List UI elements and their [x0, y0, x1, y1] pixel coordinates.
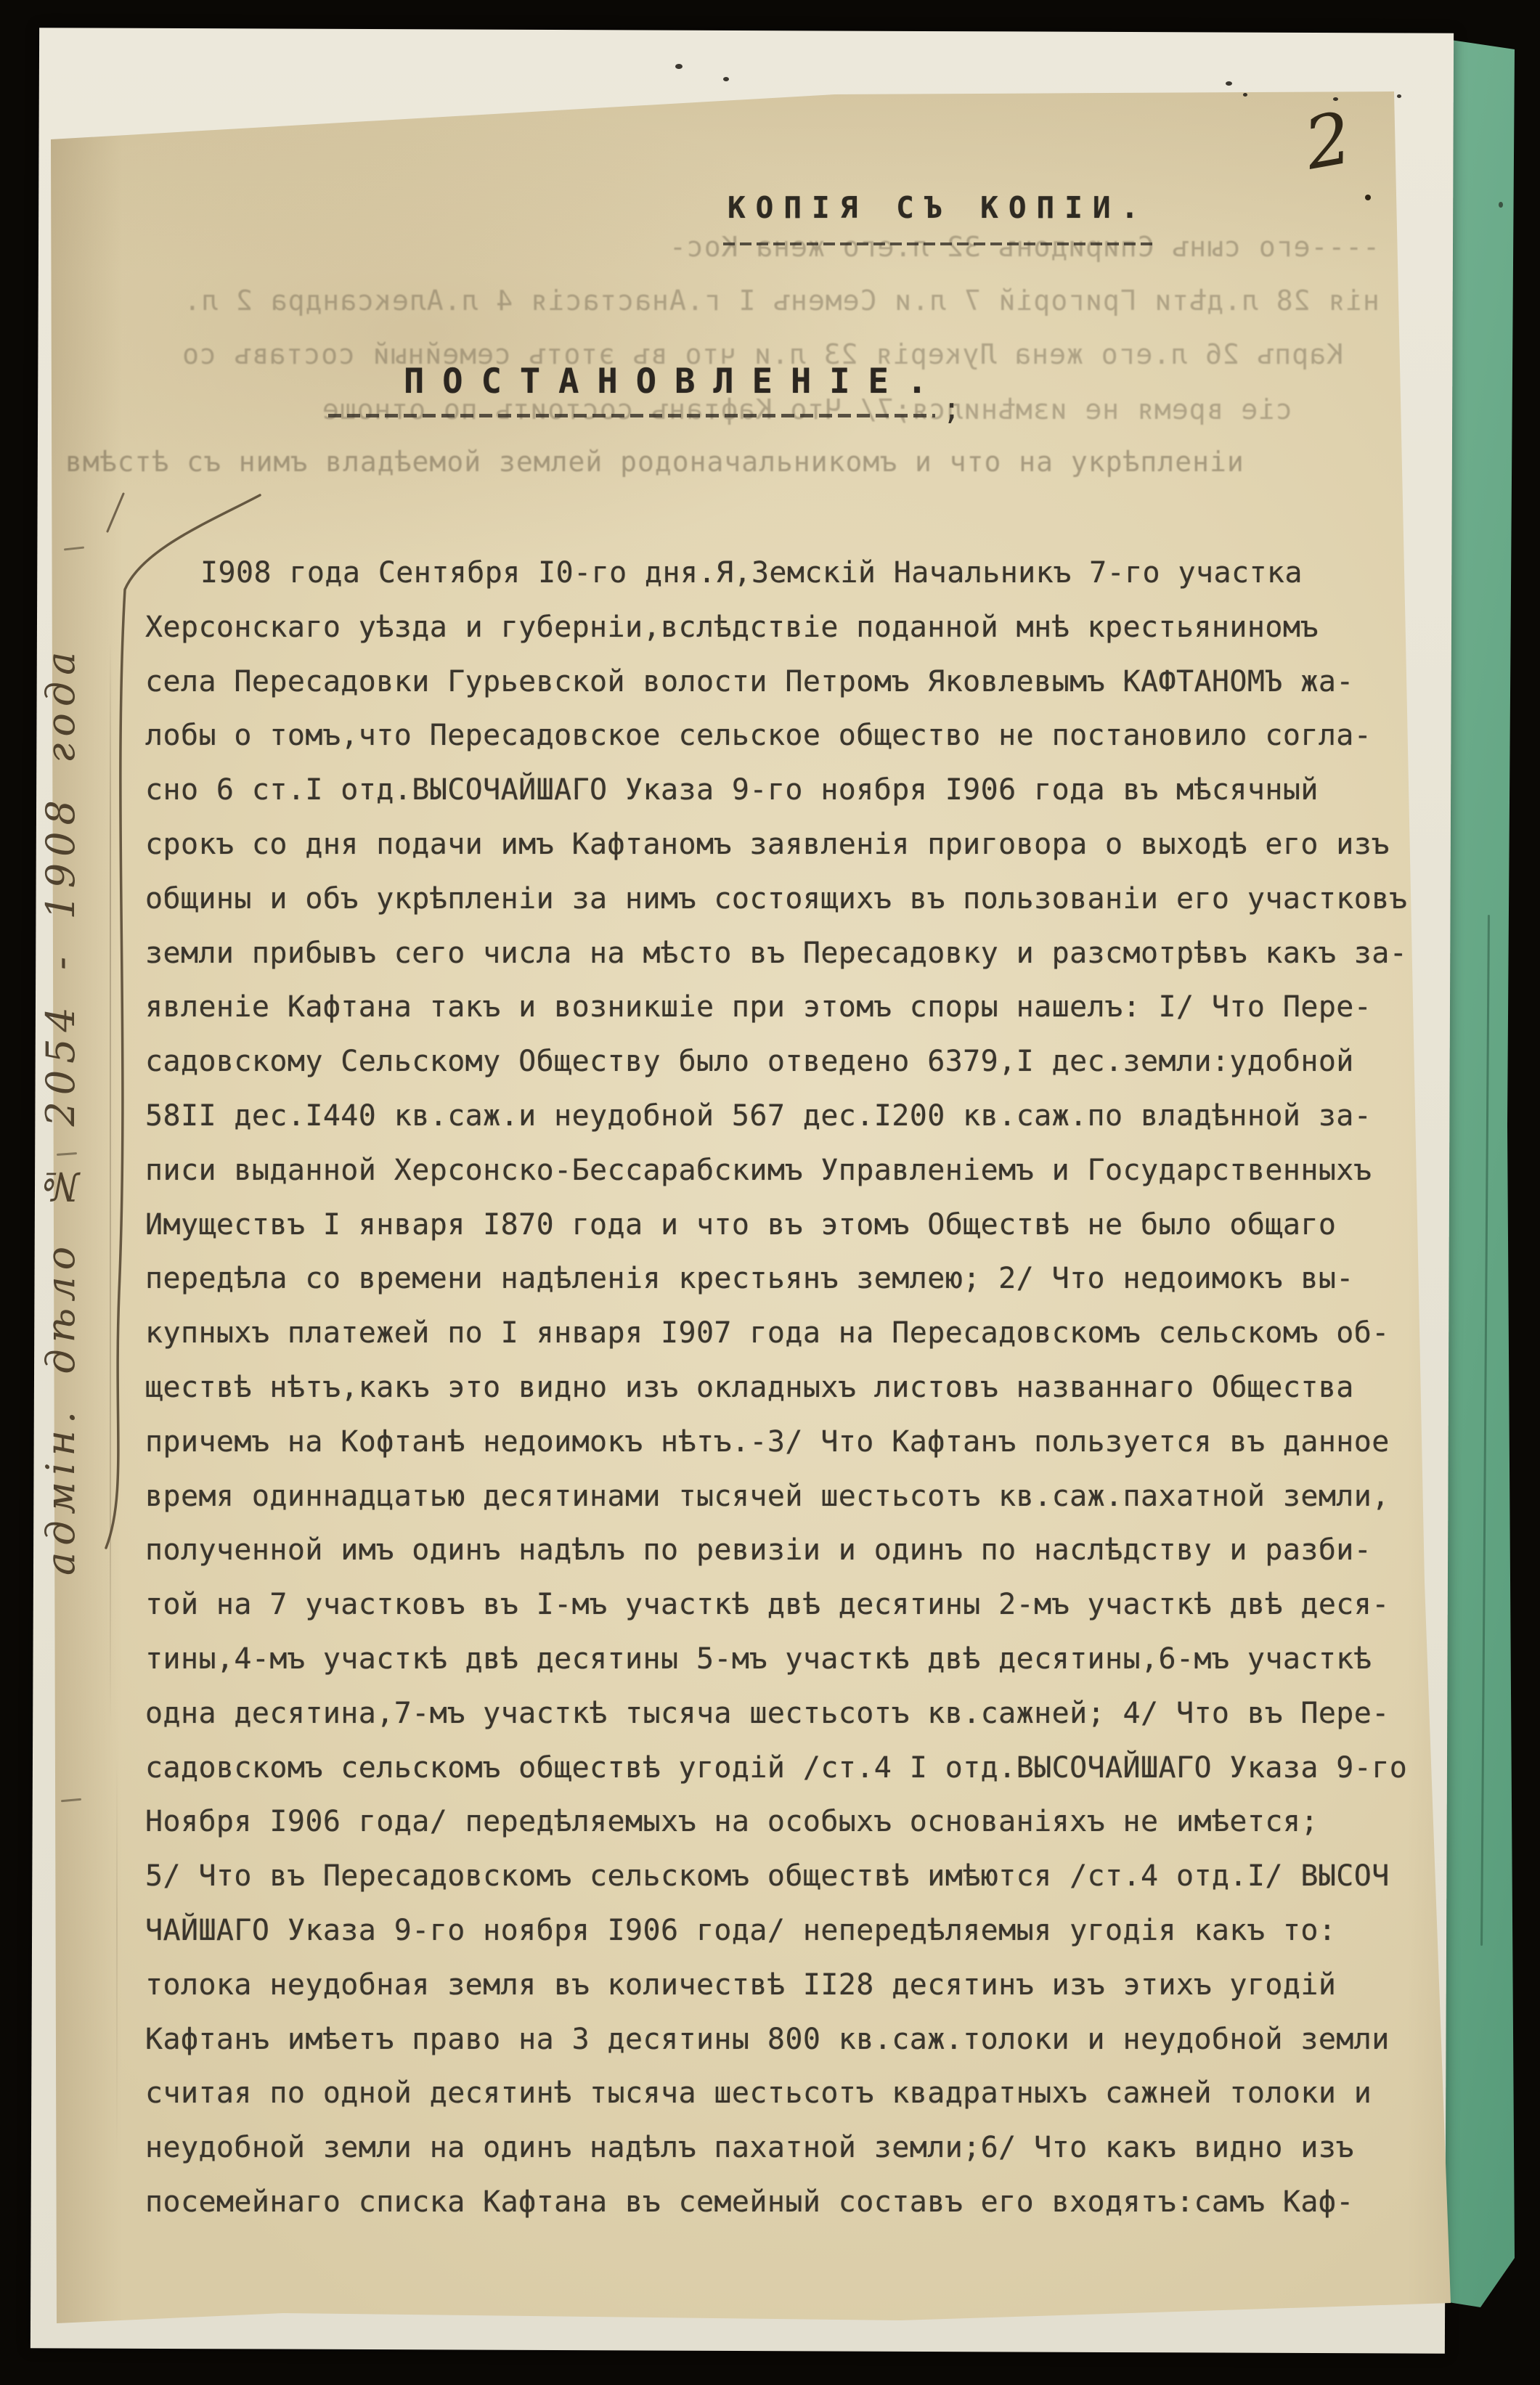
body-line-15: купныхъ платежей по I января I907 года н…	[145, 1306, 1401, 1361]
dirt-speck	[1226, 81, 1232, 86]
body-line-19: полученной имъ одинъ надѣлъ по ревизіи и…	[145, 1523, 1401, 1578]
paper-crease	[110, 639, 111, 1728]
body-line-20: той на 7 участковъ въ I-мъ участкѣ двѣ д…	[145, 1578, 1401, 1632]
title-dashed-underline	[723, 242, 1153, 245]
document-scan: ----его сынъ Спиридонъ 32 л.его жена Кос…	[0, 0, 1540, 2385]
body-line-5: сно 6 ст.I отд.ВЫСОЧАЙШАГО Указа 9-го но…	[145, 763, 1401, 818]
body-line-31: посемейнаго списка Кафтана въ семейный с…	[145, 2175, 1401, 2230]
body-line-24: Ноября I906 года/ передѣляемыхъ на особы…	[145, 1795, 1401, 1849]
heading-punctuation-mark: ;	[942, 391, 961, 426]
margin-bracket-line	[73, 479, 276, 1583]
body-line-17: причемъ на Кофтанѣ недоимокъ нѣтъ.-3/ Чт…	[145, 1415, 1401, 1469]
body-line-7: общины и объ укрѣпленіи за нимъ состоящи…	[145, 872, 1401, 926]
dirt-speck	[1333, 97, 1338, 101]
body-line-9: явленіе Кафтана такъ и возникшіе при это…	[145, 980, 1401, 1035]
heading-dashed-underline	[328, 414, 935, 417]
body-line-25: 5/ Что въ Пересадовскомъ сельскомъ общес…	[145, 1849, 1401, 1904]
body-line-21: тины,4-мъ участкѣ двѣ десятины 5-мъ учас…	[145, 1632, 1401, 1687]
margin-bracket-path	[106, 495, 260, 1548]
bleedthrough-line: ----его сынъ Спиридонъ 32 л.его жена Кос…	[65, 231, 1380, 263]
body-line-16: ществѣ нѣтъ,какъ это видно изъ окладныхъ…	[145, 1361, 1401, 1415]
body-line-30: неудобной земли на одинъ надѣлъ пахатной…	[145, 2121, 1401, 2175]
bleedthrough-line: нія 28 л.дѣти Григорій 7 л.и Семенъ I г.…	[65, 285, 1380, 317]
bleedthrough-line: вмѣстѣ съ нимъ владѣемой землей родонача…	[65, 446, 1314, 478]
body-line-2: Херсонскаго уѣзда и губерніи,вслѣдствіе …	[145, 600, 1401, 655]
ink-dot	[1365, 195, 1371, 200]
paper-crease	[116, 1757, 118, 2164]
body-line-12: писи выданной Херсонско-Бессарабскимъ Уп…	[145, 1143, 1401, 1198]
body-line-27: толока неудобная земля въ количествѣ II2…	[145, 1958, 1401, 2013]
body-line-26: ЧАЙШАГО Указа 9-го ноября I906 года/ неп…	[145, 1904, 1401, 1958]
body-line-10: садовскому Сельскому Обществу было отвед…	[145, 1035, 1401, 1089]
body-line-23: садовскомъ сельскомъ обществѣ угодій /ст…	[145, 1741, 1401, 1795]
document-heading: ПОСТАНОВЛЕНІЕ.	[404, 362, 945, 401]
document-title: КОПІЯ СЪ КОПІИ.	[728, 190, 1149, 225]
body-line-29: считая по одной десятинѣ тысяча шестьсот…	[145, 2066, 1401, 2121]
dirt-speck	[1243, 93, 1247, 97]
body-line-11: 58II дес.I440 кв.саж.и неудобной 567 дес…	[145, 1089, 1401, 1143]
body-line-8: земли прибывъ сего числа на мѣсто въ Пер…	[145, 926, 1401, 981]
body-line-28: Кафтанъ имѣетъ право на 3 десятины 800 к…	[145, 2013, 1401, 2067]
body-line-18: время одиннадцатью десятинами тысячей ше…	[145, 1469, 1401, 1524]
body-line-14: передѣла со времени надѣленія крестьянъ …	[145, 1252, 1401, 1306]
body-line-1: I908 года Сентября I0-го дня.Я,Земскій Н…	[145, 546, 1401, 600]
dirt-speck	[1499, 202, 1503, 208]
dirt-speck	[1397, 94, 1401, 98]
body-line-22: одна десятина,7-мъ участкѣ тысяча шестьс…	[145, 1687, 1401, 1741]
body-line-13: Имуществъ I января I870 года и что въ эт…	[145, 1198, 1401, 1252]
margin-slash-mark	[107, 494, 123, 531]
body-text: I908 года Сентября I0-го дня.Я,Земскій Н…	[145, 546, 1401, 2230]
dirt-speck	[723, 77, 729, 81]
dirt-speck	[675, 64, 683, 69]
body-line-6: срокъ со дня подачи имъ Кафтаномъ заявле…	[145, 818, 1401, 872]
body-line-4: лобы о томъ,что Пересадовское сельское о…	[145, 709, 1401, 763]
body-line-3: села Пересадовки Гурьевской волости Петр…	[145, 655, 1401, 709]
